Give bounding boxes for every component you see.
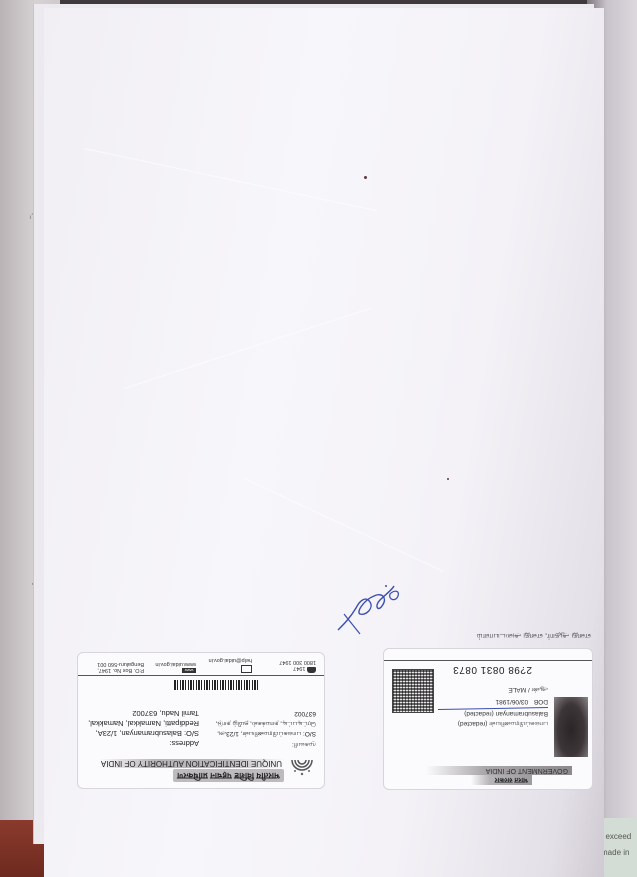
divider bbox=[78, 675, 324, 676]
aadhaar-card-front: भारत सरकार GOVERNMENT OF INDIA பாலசுப்பி… bbox=[383, 648, 593, 790]
paper-crease bbox=[84, 148, 378, 211]
barcode bbox=[174, 680, 258, 690]
phone-icon bbox=[307, 667, 316, 673]
phone-number: 1800 300 1947 bbox=[279, 659, 316, 665]
website-text: www.uidai.gov.in bbox=[155, 661, 196, 667]
gender-label: ஆண் bbox=[532, 686, 549, 693]
dob-row: DOB 03/06/1981 bbox=[496, 698, 548, 705]
dob-value: 03/06/1981 bbox=[496, 698, 529, 705]
ink-speck bbox=[364, 176, 367, 179]
aadhaar-logo-icon bbox=[288, 756, 316, 780]
uidai-header-hindi: भारतीय विशिष्ट पहचान प्राधिकरण bbox=[173, 769, 284, 782]
holder-photo bbox=[554, 697, 588, 757]
outside-tamil-note: எனது ஆதார், எனது அடையாளம் bbox=[383, 627, 591, 641]
bg-text-line: made in bbox=[601, 848, 629, 857]
address-english-label: Address: bbox=[169, 739, 199, 748]
footer-website: www www.uidai.gov.in bbox=[155, 661, 196, 673]
phone-short: 1947 bbox=[293, 665, 305, 671]
goi-header-english: GOVERNMENT OF INDIA bbox=[426, 766, 572, 775]
mail-icon bbox=[241, 665, 252, 673]
gender-value: MALE bbox=[508, 686, 526, 693]
ink-speck bbox=[447, 478, 449, 480]
address-tamil-label: முகவரி: bbox=[292, 740, 316, 748]
uidai-header-english: UNIQUE IDENTIFICATION AUTHORITY OF INDIA bbox=[99, 759, 284, 768]
bg-text-line: t exceed bbox=[601, 832, 631, 841]
footer-phone: 1947 1800 300 1947 bbox=[279, 659, 316, 673]
dob-label: DOB bbox=[534, 698, 548, 705]
gender-row: ஆண் / MALE bbox=[508, 685, 548, 693]
footer-email: help@uidai.gov.in bbox=[209, 657, 252, 673]
card-footer: 1947 1800 300 1947 help@uidai.gov.in www… bbox=[78, 655, 324, 673]
paper-crease bbox=[244, 478, 444, 572]
divider bbox=[384, 660, 592, 661]
name-tamil: பாலசுப்பிரமணியன் (redacted) bbox=[458, 719, 548, 727]
www-icon: www bbox=[182, 668, 196, 673]
footer-postal: P.O. Box No. 1947, Bengaluru-560 001 bbox=[82, 661, 144, 673]
aadhaar-card-back: भारतीय विशिष्ट पहचान प्राधिकरण UNIQUE ID… bbox=[77, 652, 325, 789]
qr-code bbox=[392, 669, 434, 713]
aadhaar-number: 2?98 0831 0873 bbox=[453, 664, 532, 675]
email-text: help@uidai.gov.in bbox=[209, 657, 252, 663]
goi-header-hindi: भारत सरकार bbox=[471, 774, 532, 785]
holder-name: Balasubramanyan (redacted) bbox=[464, 710, 548, 717]
paper-crease bbox=[124, 308, 372, 389]
address-tamil: S/O: பாலசுப்பிரமணியன், 1/23அ, ரெட்டிபட்ட… bbox=[206, 708, 316, 738]
address-english: S/O: Balasubramanyan, 1/23A, Reddipatti,… bbox=[81, 708, 199, 738]
